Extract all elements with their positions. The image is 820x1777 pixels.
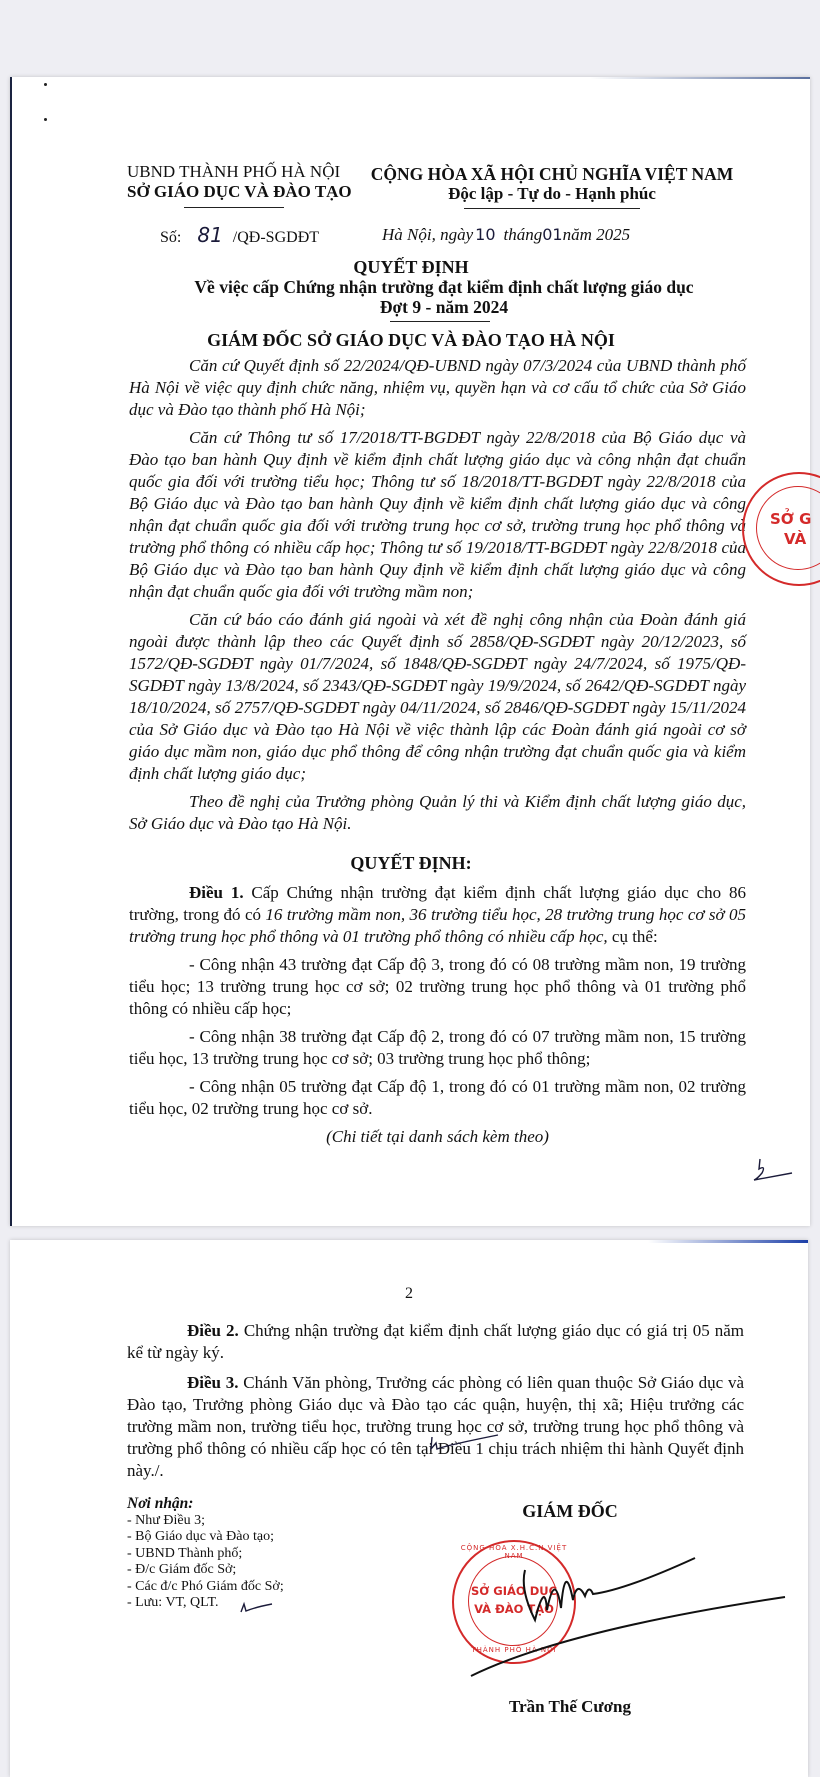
stamp-line2: VÀ — [784, 530, 806, 548]
recital-4: Theo đề nghị của Trưởng phòng Quản lý th… — [129, 791, 746, 835]
recital-2: Căn cứ Thông tư số 17/2018/TT-BGDĐT ngày… — [129, 427, 746, 603]
article-1-item: - Công nhận 43 trường đạt Cấp độ 3, tron… — [129, 954, 746, 1020]
initials-mark — [750, 1155, 800, 1185]
article-1-item: - Công nhận 05 trường đạt Cấp độ 1, tron… — [129, 1076, 746, 1120]
initials-mark — [238, 1601, 278, 1615]
doc-batch: Đợt 9 - năm 2024 — [104, 296, 784, 318]
recital-3: Căn cứ báo cáo đánh giá ngoài và xét đề … — [129, 609, 746, 785]
date-month-label: tháng — [504, 225, 543, 244]
recipient-item: - Đ/c Giám đốc Sở; — [127, 1562, 284, 1579]
agency-underline — [184, 207, 284, 208]
date-day: 10 — [475, 225, 495, 244]
article-1-label: Điều 1. — [189, 883, 244, 902]
recipient-item: - Các đ/c Phó Giám đốc Sở; — [127, 1579, 284, 1596]
doc-title: QUYẾT ĐỊNH — [12, 256, 810, 278]
document-page-2: 2 Điều 2. Chứng nhận trường đạt kiểm địn… — [10, 1240, 808, 1777]
article-3-label: Điều 3. — [187, 1373, 239, 1392]
partial-stamp: SỞ G VÀ — [742, 472, 820, 586]
agency-parent: UBND THÀNH PHỐ HÀ NỘI — [127, 161, 337, 183]
national-title: CỘNG HÒA XÃ HỘI CHỦ NGHĨA VIỆT NAM — [337, 163, 767, 185]
article-1: Điều 1. Cấp Chứng nhận trường đạt kiểm đ… — [129, 882, 746, 1148]
recitals: Căn cứ Quyết định số 22/2024/QĐ-UBND ngà… — [129, 355, 746, 835]
agency-name: SỞ GIÁO DỤC VÀ ĐÀO TẠO — [127, 181, 337, 203]
recipients-heading: Nơi nhận: — [127, 1496, 284, 1513]
initials-mark — [428, 1433, 508, 1453]
national-motto: Độc lập - Tự do - Hạnh phúc — [337, 183, 767, 205]
page-edge-line — [648, 1240, 808, 1243]
article-3: Điều 3. Chánh Văn phòng, Trưởng các phòn… — [127, 1372, 744, 1482]
doc-number-value: 81 — [197, 223, 222, 247]
issue-date: Hà Nội, ngày10tháng01năm 2025 — [382, 224, 630, 246]
document-page-1: UBND THÀNH PHỐ HÀ NỘI SỞ GIÁO DỤC VÀ ĐÀO… — [10, 77, 810, 1226]
date-prefix: Hà Nội, ngày — [382, 225, 473, 244]
decision-heading: QUYẾT ĐỊNH: — [12, 852, 810, 874]
motto-underline — [464, 208, 640, 209]
stamp-line1: SỞ G — [770, 510, 811, 528]
date-year: năm 2025 — [563, 225, 631, 244]
authority-heading: GIÁM ĐỐC SỞ GIÁO DỤC VÀ ĐÀO TẠO HÀ NỘI — [12, 329, 810, 351]
article-2-label: Điều 2. — [187, 1321, 239, 1340]
page-edge-line — [590, 77, 810, 79]
scan-speck — [44, 83, 47, 86]
attachment-note: (Chi tiết tại danh sách kèm theo) — [129, 1126, 746, 1148]
scan-speck — [44, 118, 47, 121]
doc-number-label: Số: — [160, 229, 181, 246]
batch-underline — [390, 321, 490, 322]
recipient-item: - Như Điều 3; — [127, 1513, 284, 1530]
article-1-tail: cụ thể: — [612, 927, 658, 946]
article-2: Điều 2. Chứng nhận trường đạt kiểm định … — [127, 1320, 744, 1482]
doc-subtitle: Về việc cấp Chứng nhận trường đạt kiểm đ… — [104, 276, 784, 298]
doc-number-suffix: /QĐ-SGDĐT — [233, 229, 319, 246]
page-number: 2 — [10, 1283, 808, 1305]
recital-1: Căn cứ Quyết định số 22/2024/QĐ-UBND ngà… — [129, 355, 746, 421]
date-month: 01 — [542, 225, 562, 244]
signer-title: GIÁM ĐỐC — [480, 1500, 660, 1522]
recipient-item: - Bộ Giáo dục và Đào tạo; — [127, 1529, 284, 1546]
signer-name: Trần Thế Cương — [480, 1696, 660, 1718]
doc-number: Số: 81 /QĐ-SGDĐT — [160, 224, 319, 249]
article-1-body: Điều 1. Cấp Chứng nhận trường đạt kiểm đ… — [129, 882, 746, 948]
recipient-item: - UBND Thành phố; — [127, 1546, 284, 1563]
recipients: Nơi nhận: - Như Điều 3; - Bộ Giáo dục và… — [127, 1496, 284, 1612]
article-1-item: - Công nhận 38 trường đạt Cấp độ 2, tron… — [129, 1026, 746, 1070]
director-signature — [465, 1550, 795, 1680]
